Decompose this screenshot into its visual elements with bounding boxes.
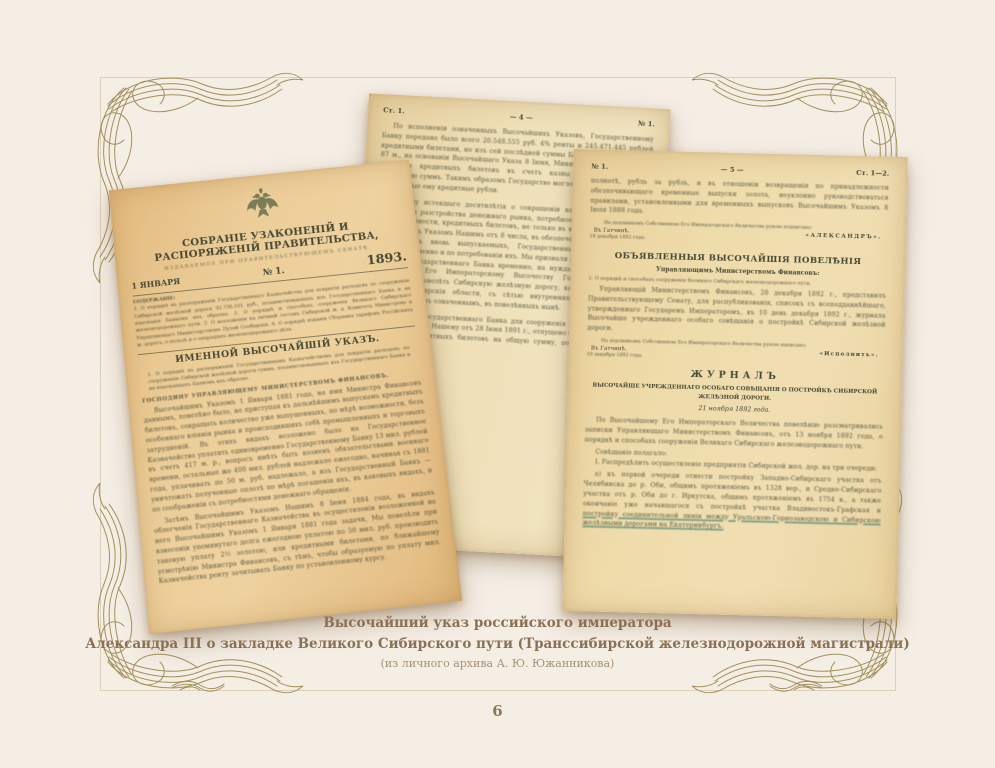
photo-caption: Высочайший указ российского императора А…	[0, 613, 995, 674]
paragraph-text: а) къ первой очереди отнести постройку З…	[583, 471, 882, 514]
page-number: 6	[0, 702, 995, 720]
page5-paragraph: полнотѣ, рубль за рубль, и въ отношеніи …	[590, 176, 889, 223]
page5-paragraph: По Высочайшему Его Императорскаго Величе…	[584, 416, 883, 453]
document-front-page: СОБРАНІЕ УЗАКОНЕНІЙ И РАСПОРЯЖЕНІЙ ПРАВИ…	[109, 160, 462, 634]
page5-header: № 1. — 5 — Ст. 1—2.	[591, 162, 889, 177]
page4-page-no: — 4 —	[510, 113, 533, 122]
page5-page-no: — 5 —	[721, 166, 744, 175]
caption-source: (из личного архива А. Ю. Южанникова)	[0, 655, 995, 674]
page4-issue-no: № 1.	[638, 120, 655, 129]
page5-article-no: Ст. 1—2.	[856, 169, 889, 178]
page5-paragraph-underlined: а) къ первой очереди отнести постройку З…	[582, 470, 881, 536]
caption-line-1: Высочайший указ российского императора	[0, 613, 995, 634]
page5-issue-no: № 1.	[591, 162, 608, 170]
gazette-year: 1893.	[366, 250, 408, 269]
page4-article-no: Ст. 1.	[383, 106, 405, 115]
page5-paragraph: Управляющій Министерствомъ Финансовъ, 28…	[587, 284, 886, 340]
gazette-issue: № 1.	[262, 266, 285, 278]
imperial-double-headed-eagle-icon	[241, 181, 283, 227]
album-page: Ст. 1. — 4 — № 1. По исполненіи означенн…	[0, 0, 995, 768]
document-page-5: № 1. — 5 — Ст. 1—2. полнотѣ, рубль за ру…	[562, 149, 907, 619]
gazette-date: 1 ЯНВАРЯ	[131, 276, 181, 291]
caption-line-2: Александра III о закладке Великого Сибир…	[0, 634, 995, 655]
